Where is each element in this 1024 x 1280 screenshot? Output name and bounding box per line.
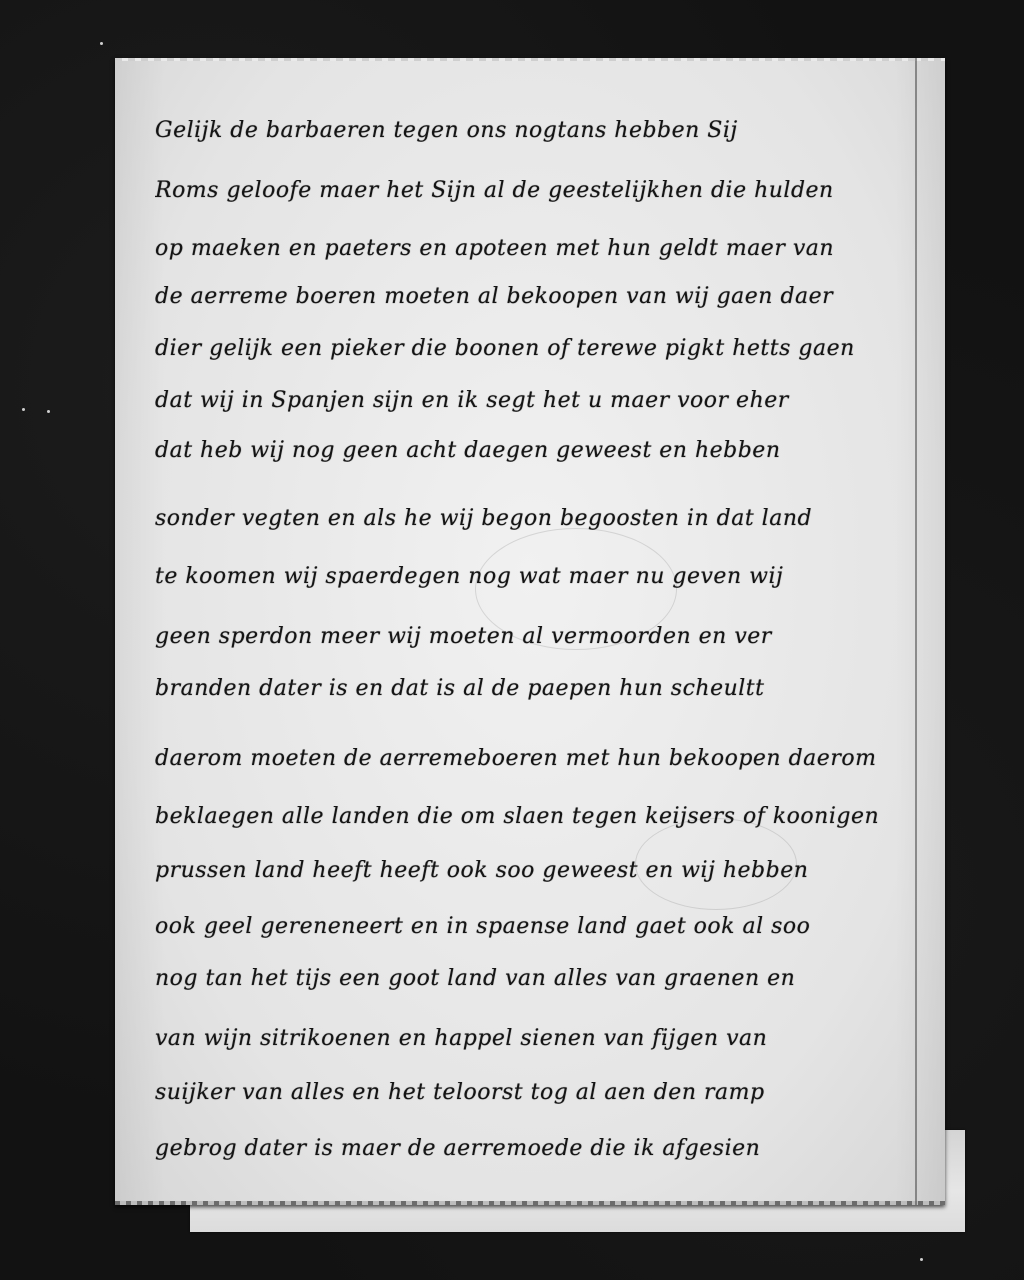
text-line: te koomen wij spaerdegen nog wat maer nu… xyxy=(155,566,905,588)
text-line: ook geel gereneneert en in spaense land … xyxy=(155,916,905,938)
text-line: suijker van alles en het teloorst tog al… xyxy=(155,1082,905,1104)
text-line: Gelijk de barbaeren tegen ons nogtans he… xyxy=(155,120,905,142)
text-line: de aerreme boeren moeten al bekoopen van… xyxy=(155,286,905,308)
dust-speck xyxy=(100,42,103,45)
text-line: prussen land heeft heeft ook soo geweest… xyxy=(155,860,905,882)
text-line: dier gelijk een pieker die boonen of ter… xyxy=(155,338,905,360)
text-line: branden dater is en dat is al de paepen … xyxy=(155,678,905,700)
text-line: beklaegen alle landen die om slaen tegen… xyxy=(155,806,905,828)
text-line: nog tan het tijs een goot land van alles… xyxy=(155,968,905,990)
dust-speck xyxy=(920,1258,923,1261)
text-line: van wijn sitrikoenen en happel sienen va… xyxy=(155,1028,905,1050)
torn-top-edge xyxy=(115,58,945,61)
text-line: daerom moeten de aerremeboeren met hun b… xyxy=(155,748,905,770)
text-line: dat wij in Spanjen sijn en ik segt het u… xyxy=(155,390,905,412)
text-line: dat heb wij nog geen acht daegen geweest… xyxy=(155,440,905,462)
text-line: sonder vegten en als he wij begon begoos… xyxy=(155,508,905,530)
text-line: geen sperdon meer wij moeten al vermoord… xyxy=(155,626,905,648)
dust-speck xyxy=(47,410,50,413)
letter-page: Gelijk de barbaeren tegen ons nogtans he… xyxy=(115,58,945,1205)
torn-bottom-edge xyxy=(115,1201,945,1205)
text-line: op maeken en paeters en apoteen met hun … xyxy=(155,238,905,260)
text-line: gebrog dater is maer de aerremoede die i… xyxy=(155,1138,905,1160)
dust-speck xyxy=(22,408,25,411)
text-line: Roms geloofe maer het Sijn al de geestel… xyxy=(155,180,905,202)
